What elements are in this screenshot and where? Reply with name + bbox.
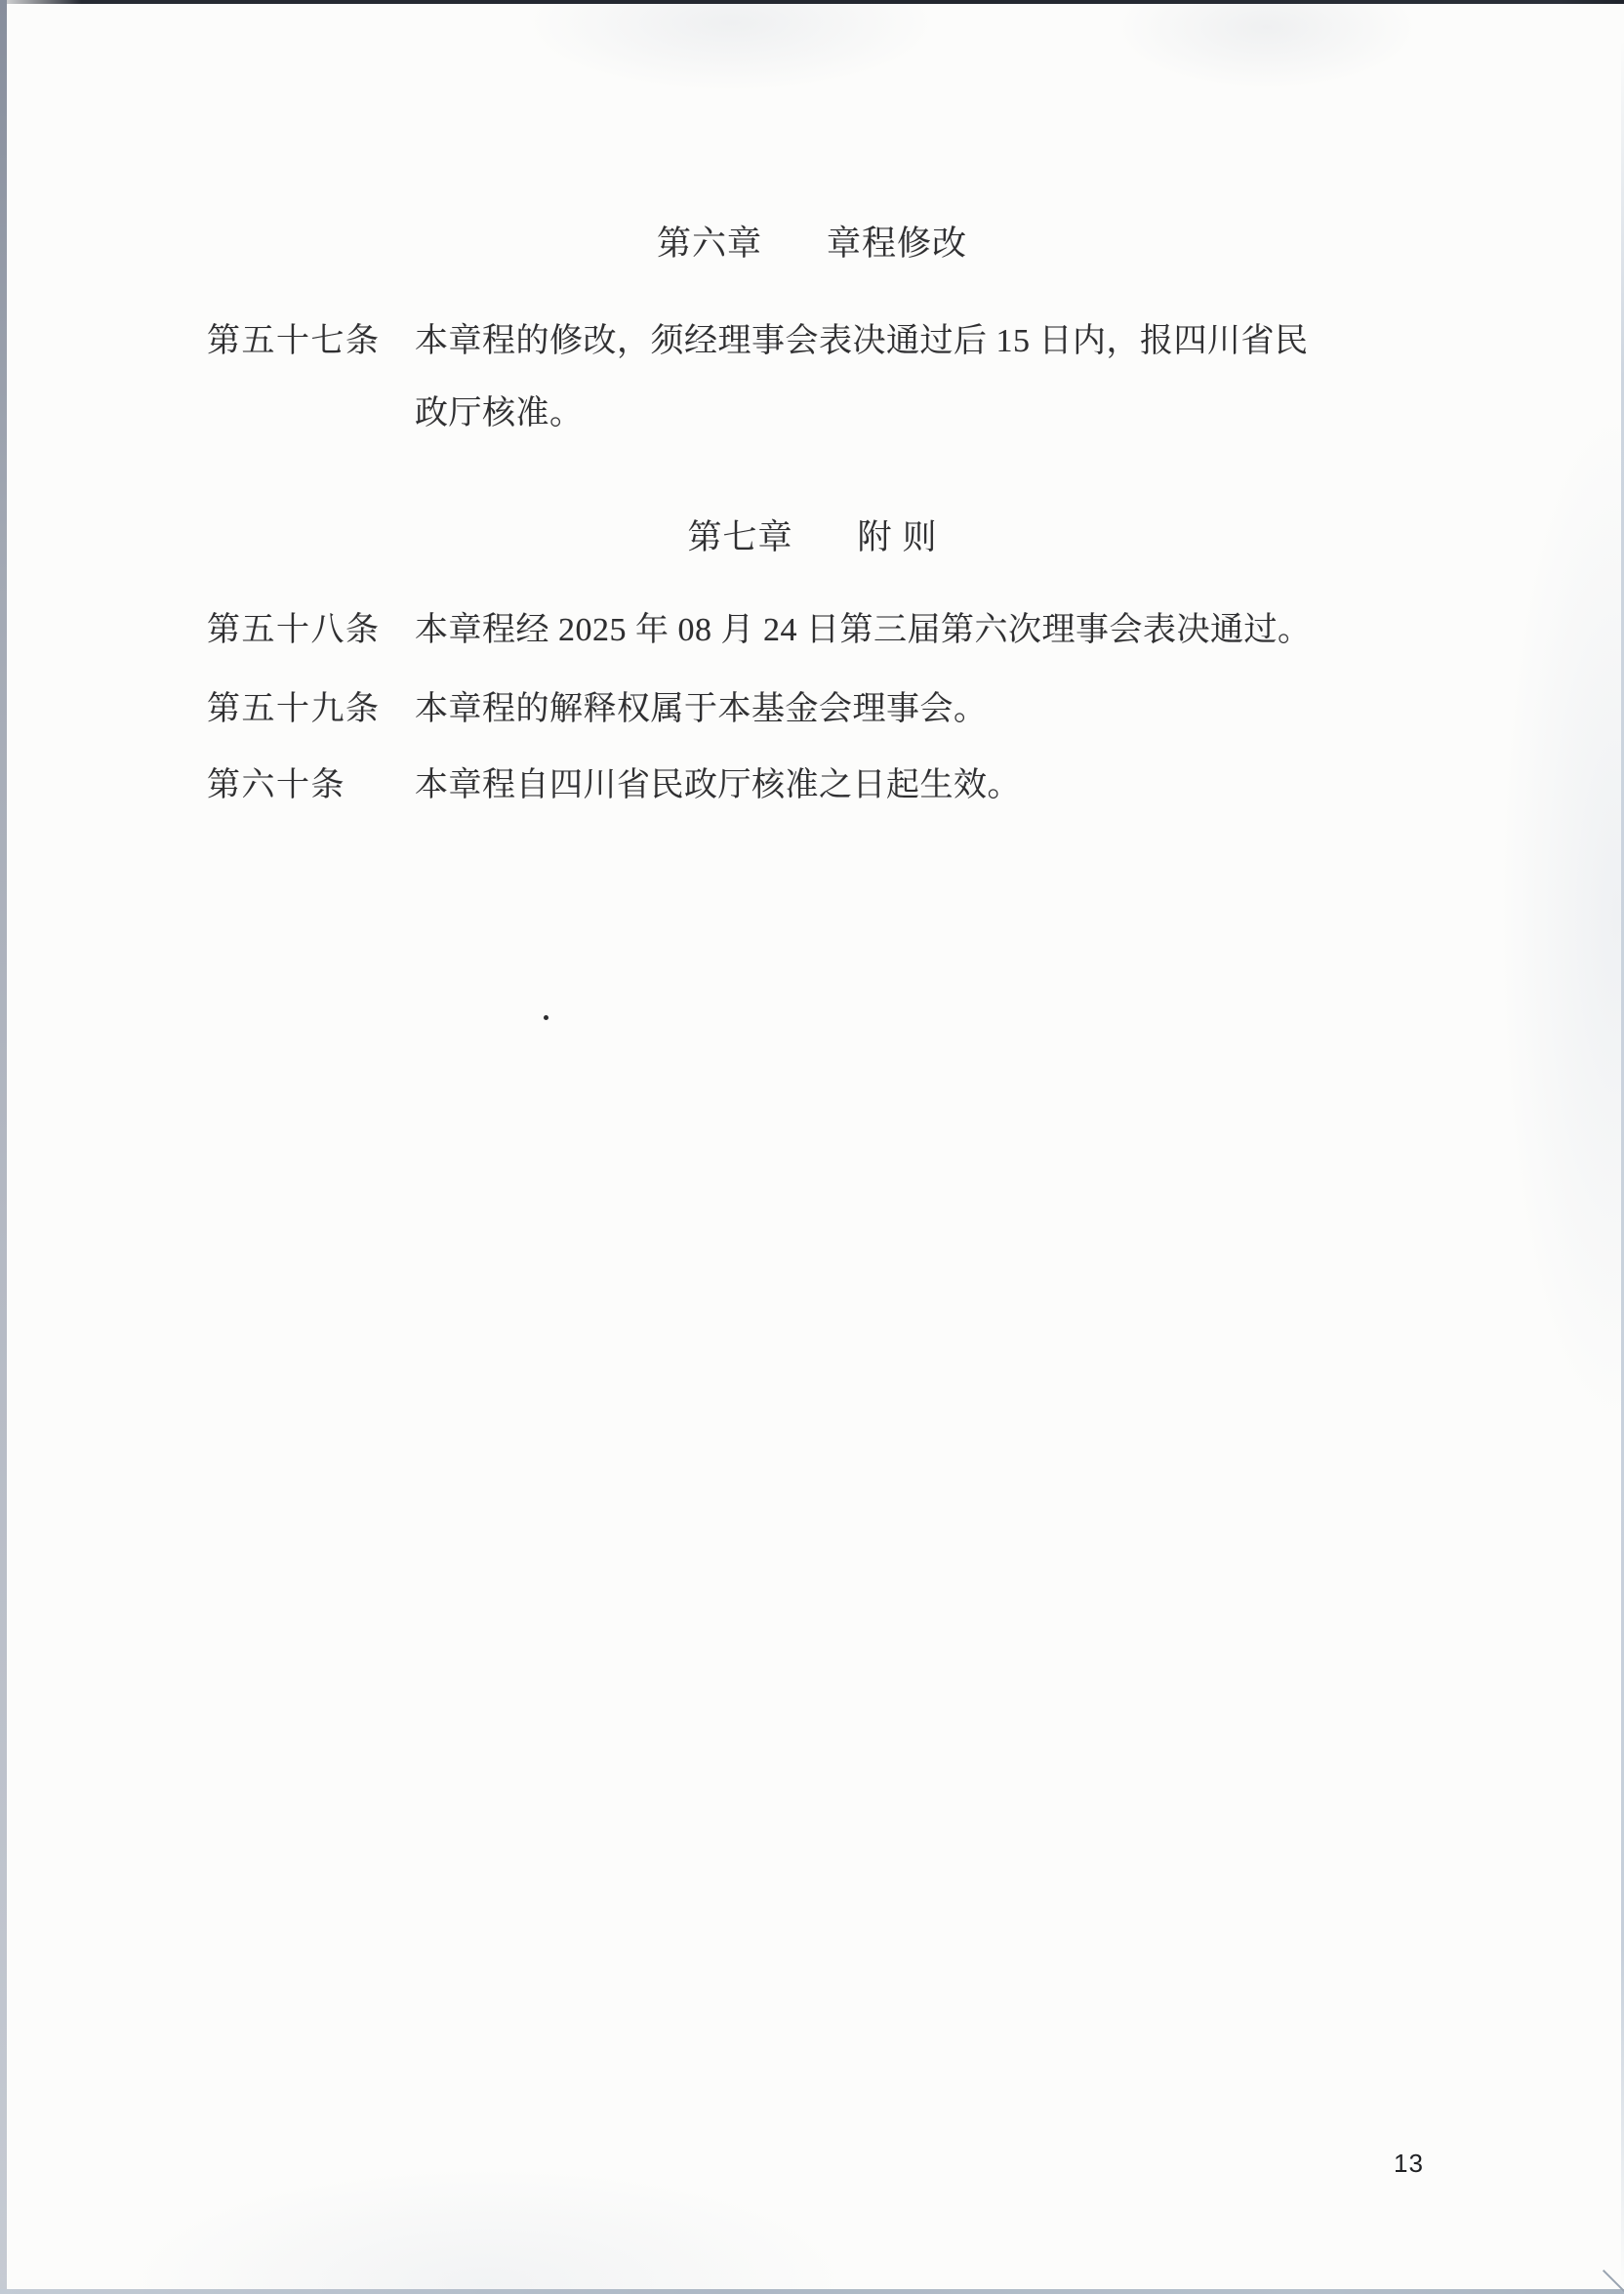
article-59-term: 第五十九条 (207, 674, 415, 746)
article-57-line-1: 本章程的修改，须经理事会表决通过后 15 日内，报四川省民 (415, 306, 1497, 378)
article-57-line-2: 政厅核准。 (415, 378, 1497, 450)
scan-edge-left (0, 0, 7, 2294)
ink-speck (544, 1015, 548, 1020)
scan-edge-top (0, 0, 1624, 4)
article-60: 第六十条 本章程自四川省民政厅核准之日起生效。 (207, 750, 1497, 822)
chapter-7-label: 第七章 (687, 502, 792, 574)
scanned-document-page: 第六章 章程修改 第五十七条 本章程的修改，须经理事会表决通过后 15 日内，报… (0, 0, 1624, 2294)
article-60-text: 本章程自四川省民政厅核准之日起生效。 (415, 750, 1497, 822)
article-60-term: 第六十条 (207, 750, 415, 822)
page-number: 13 (1394, 2144, 1424, 2183)
article-57-term: 第五十七条 (207, 306, 415, 450)
chapter-heading-6: 第六章 章程修改 (0, 208, 1624, 280)
article-59: 第五十九条 本章程的解释权属于本基金会理事会。 (207, 674, 1497, 746)
article-58-text: 本章程经 2025 年 08 月 24 日第三届第六次理事会表决通过。 (415, 594, 1497, 667)
article-57: 第五十七条 本章程的修改，须经理事会表决通过后 15 日内，报四川省民 政厅核准… (207, 306, 1497, 450)
article-58-term: 第五十八条 (207, 594, 415, 667)
article-58: 第五十八条 本章程经 2025 年 08 月 24 日第三届第六次理事会表决通过… (207, 594, 1497, 667)
chapter-heading-7: 第七章 附则 (0, 502, 1624, 574)
chapter-6-label: 第六章 (657, 208, 762, 280)
article-57-body: 本章程的修改，须经理事会表决通过后 15 日内，报四川省民 政厅核准。 (415, 306, 1497, 450)
paper-edge-bottom (0, 2289, 1624, 2294)
chapter-6-title: 章程修改 (827, 208, 967, 280)
article-59-text: 本章程的解释权属于本基金会理事会。 (415, 674, 1497, 746)
chapter-7-title: 附则 (858, 502, 948, 574)
